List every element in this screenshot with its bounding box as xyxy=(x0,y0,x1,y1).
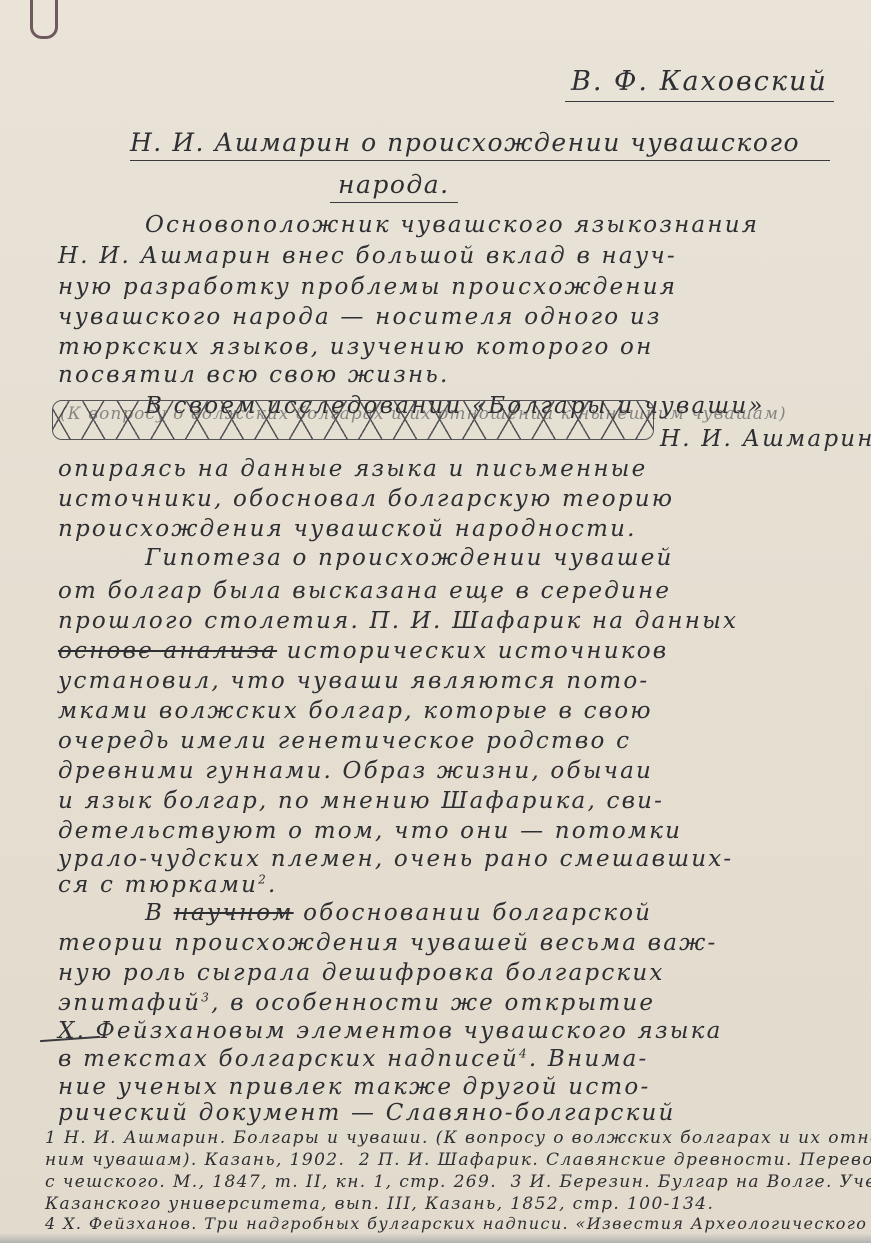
paragraph-3-line: от болгар была высказана еще в середине xyxy=(58,578,671,604)
line-text: , в особенности же открытие xyxy=(211,990,655,1016)
paragraph-1-line: посвятил всю свою жизнь. xyxy=(58,362,450,388)
paragraph-3-line: мками волжских болгар, которые в свою xyxy=(58,698,653,724)
footnote-text: Н. И. Ашмарин. Болгары и чуваши. (К вопр… xyxy=(64,1128,565,1148)
footnote-number: 3 xyxy=(511,1172,523,1192)
paragraph-4-line: Х. Фейзхановым элементов чувашского язык… xyxy=(58,1018,723,1044)
crossed-out-text: (К вопросу о волжских болгарах и их отно… xyxy=(60,404,787,424)
manuscript-page: В. Ф. Каховский Н. И. Ашмарин о происхож… xyxy=(0,0,871,1243)
footnote-marker: 4 xyxy=(519,1046,529,1060)
line-text: . Внима- xyxy=(529,1046,649,1072)
paragraph-4-line: ную роль сыграла дешифровка болгарских xyxy=(58,960,665,986)
paragraph-3-line: древними гуннами. Образ жизни, обычаи xyxy=(58,758,653,784)
paragraph-1-line: Основоположник чувашского языкознания xyxy=(145,212,759,238)
paragraph-2-line: Н. И. Ашмарин, xyxy=(660,426,871,452)
line-text: обосновании болгарской xyxy=(303,900,652,926)
struck-text: научном xyxy=(174,900,294,926)
footnote-1-cont: ним чувашам). Казань, 1902. 2 П. И. Шафа… xyxy=(45,1150,871,1170)
footnote-4: 4 Х. Фейзханов. Три надгробных булгарски… xyxy=(45,1214,871,1233)
document-title-continued: народа. xyxy=(330,170,458,203)
paragraph-4-line: ние ученых привлек также другой исто- xyxy=(58,1074,650,1100)
footnote-text: И. Березин. Булгар на Волге. Ученые запи… xyxy=(530,1172,871,1192)
paragraph-3-line: детельствуют о том, что они — потомки xyxy=(58,818,682,844)
paragraph-3-line: установил, что чуваши являются пото- xyxy=(58,668,649,694)
paragraph-4-line: в текстах болгарских надписей4. Внима- xyxy=(58,1046,649,1072)
line-text: ся с тюрками xyxy=(58,872,258,898)
paragraph-2-line: источники, обосновал болгарскую теорию xyxy=(58,486,674,512)
footnote-number: 4 xyxy=(45,1214,57,1233)
paragraph-3-line: Гипотеза о происхождении чувашей xyxy=(145,545,674,571)
paragraph-3-line: очередь имели генетическое родство с xyxy=(58,728,631,754)
paragraph-4-line: эпитафий3, в особенности же открытие xyxy=(58,990,655,1016)
paragraph-3-line: прошлого столетия. П. И. Шафарик на данн… xyxy=(58,608,738,634)
document-title: Н. И. Ашмарин о происхождении чувашского xyxy=(130,128,830,161)
footnote-marker: 2 xyxy=(258,872,268,886)
footnote-text: Казанского университета, вып. III, Казан… xyxy=(45,1194,620,1214)
footnote-1: 1 Н. И. Ашмарин. Болгары и чуваши. (К во… xyxy=(45,1128,871,1148)
paragraph-2-line: опираясь на данные языка и письменные xyxy=(58,456,647,482)
footnote-text: 100-134. xyxy=(627,1194,714,1214)
paperclip-icon xyxy=(30,0,58,39)
paragraph-3-line: и язык болгар, по мнению Шафарика, сви- xyxy=(58,788,664,814)
paragraph-4-line: рический документ — Славяно-болгарский xyxy=(58,1100,676,1126)
footnote-text: П. И. Шафарик. Славянские древности. Пер… xyxy=(378,1150,871,1170)
footnote-number: 2 xyxy=(359,1150,371,1170)
footnote-text: надписи. «Известия Археологического обще… xyxy=(483,1214,871,1233)
paragraph-3-line: урало-чудских племен, очень рано смешавш… xyxy=(58,846,733,872)
paragraph-2-line: происхождения чувашской народности. xyxy=(58,516,637,542)
paragraph-1-line: ную разработку проблемы происхождения xyxy=(58,274,677,300)
paragraph-1-line: Н. И. Ашмарин внес большой вклад в науч- xyxy=(58,243,677,269)
line-text: В xyxy=(145,900,164,926)
paragraph-4-line: теории происхождения чувашей весьма важ- xyxy=(58,930,717,956)
footnote-number: 1 xyxy=(45,1128,57,1148)
footnote-text: Х. Фейзханов. Три надгробных булгарских xyxy=(63,1214,476,1233)
line-text: эпитафий xyxy=(58,990,201,1016)
page-edge-shadow xyxy=(0,1233,871,1243)
struck-text: основе анализа xyxy=(58,638,277,664)
line-text: в текстах болгарских надписей xyxy=(58,1046,519,1072)
footnote-text: волжских болгарах и их отношении к нынеш… xyxy=(572,1128,871,1148)
paragraph-3-line: ся с тюрками2. xyxy=(58,872,277,898)
author-name: В. Ф. Каховский xyxy=(565,66,834,102)
paragraph-4-line: В научном обосновании болгарской xyxy=(145,900,652,926)
paragraph-1-line: тюркских языков, изучению которого он xyxy=(58,334,653,360)
paragraph-3-line: основе анализа исторических источников xyxy=(58,638,668,664)
footnote-text: с чешского. М., 1847, т. II, кн. 1, стр.… xyxy=(45,1172,497,1192)
footnote-2-cont: с чешского. М., 1847, т. II, кн. 1, стр.… xyxy=(45,1172,871,1192)
footnote-3-cont: Казанского университета, вып. III, Казан… xyxy=(45,1194,714,1214)
paragraph-1-line: чувашского народа — носителя одного из xyxy=(58,304,662,330)
footnote-text: ним чувашам). Казань, 1902. xyxy=(45,1150,345,1170)
footnote-marker: 3 xyxy=(201,990,211,1004)
